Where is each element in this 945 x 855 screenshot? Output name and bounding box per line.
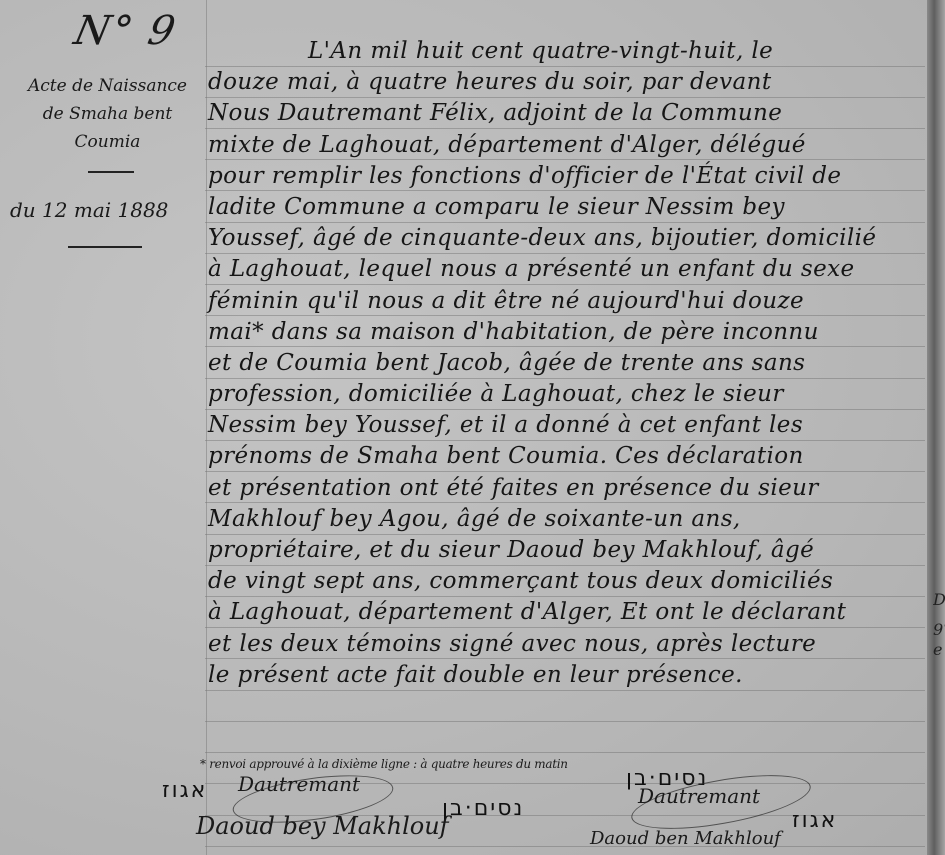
act-title-line: Acte de Naissance bbox=[10, 72, 205, 100]
margin-rule bbox=[206, 0, 207, 855]
divider bbox=[68, 246, 142, 248]
page-edge bbox=[927, 0, 945, 855]
hebrew-signature-middle: נסים·בן bbox=[442, 796, 524, 821]
body-line: mixte de Laghouat, département d'Alger, … bbox=[208, 130, 928, 161]
body-line: féminin qu'il nous a dit être né aujourd… bbox=[208, 286, 928, 317]
officer-signature-left: Dautremant bbox=[238, 772, 360, 796]
officer-signature-right: Dautremant bbox=[638, 784, 760, 808]
body-line: ladite Commune a comparu le sieur Nessim… bbox=[208, 192, 928, 223]
body-line: pour remplir les fonctions d'officier de… bbox=[208, 161, 928, 192]
body-line: Nessim bey Youssef, et il a donné à cet … bbox=[208, 410, 928, 441]
edge-fragment: De bbox=[933, 590, 945, 609]
act-title-line: Coumia bbox=[10, 128, 205, 156]
body-line: prénoms de Smaha bent Coumia. Ces déclar… bbox=[208, 441, 928, 472]
body-line: Youssef, âgé de cinquante-deux ans, bijo… bbox=[208, 223, 928, 254]
edge-fragment: e bbox=[933, 640, 945, 659]
edge-fragment: 9° bbox=[933, 620, 945, 639]
body-line: douze mai, à quatre heures du soir, par … bbox=[208, 67, 928, 98]
body-line: de vingt sept ans, commerçant tous deux … bbox=[208, 566, 928, 597]
body-line: à Laghouat, lequel nous a présenté un en… bbox=[208, 254, 928, 285]
act-number: N° 9 bbox=[70, 8, 181, 54]
body-line: le présent acte fait double en leur prés… bbox=[208, 660, 928, 691]
marginal-note: * renvoi approuvé à la dixième ligne : à… bbox=[200, 757, 568, 771]
body-line: et les deux témoins signé avec nous, apr… bbox=[208, 629, 928, 660]
body-line: mai* dans sa maison d'habitation, de pèr… bbox=[208, 317, 928, 348]
body-line: Makhlouf bey Agou, âgé de soixante-un an… bbox=[208, 504, 928, 535]
body-line: et présentation ont été faites en présen… bbox=[208, 473, 928, 504]
witness-signature-left: Daoud bey Makhlouf bbox=[196, 812, 449, 840]
divider bbox=[88, 171, 134, 173]
body-line: profession, domiciliée à Laghouat, chez … bbox=[208, 379, 928, 410]
body-line: à Laghouat, département d'Alger, Et ont … bbox=[208, 597, 928, 628]
body-line: Nous Dautremant Félix, adjoint de la Com… bbox=[208, 98, 928, 129]
act-title: Acte de Naissance de Smaha bent Coumia bbox=[10, 72, 205, 156]
act-title-line: de Smaha bent bbox=[10, 100, 205, 128]
ruled-line bbox=[205, 721, 925, 722]
ruled-line bbox=[205, 846, 925, 847]
body-line: propriétaire, et du sieur Daoud bey Makh… bbox=[208, 535, 928, 566]
body-line: et de Coumia bent Jacob, âgée de trente … bbox=[208, 348, 928, 379]
witness-signature-right: Daoud ben Makhlouf bbox=[590, 828, 781, 849]
register-page: N° 9 Acte de Naissance de Smaha bent Cou… bbox=[0, 0, 945, 855]
margin-column: N° 9 Acte de Naissance de Smaha bent Cou… bbox=[0, 0, 205, 855]
hebrew-signature-left: אגוז bbox=[162, 778, 207, 803]
body-line: L'An mil huit cent quatre-vingt-huit, le bbox=[208, 36, 928, 67]
act-date: du 12 mai 1888 bbox=[10, 198, 168, 222]
act-body: L'An mil huit cent quatre-vingt-huit, le… bbox=[208, 36, 928, 691]
ruled-line bbox=[205, 752, 925, 753]
hebrew-signature-right: אגוז bbox=[792, 808, 837, 833]
